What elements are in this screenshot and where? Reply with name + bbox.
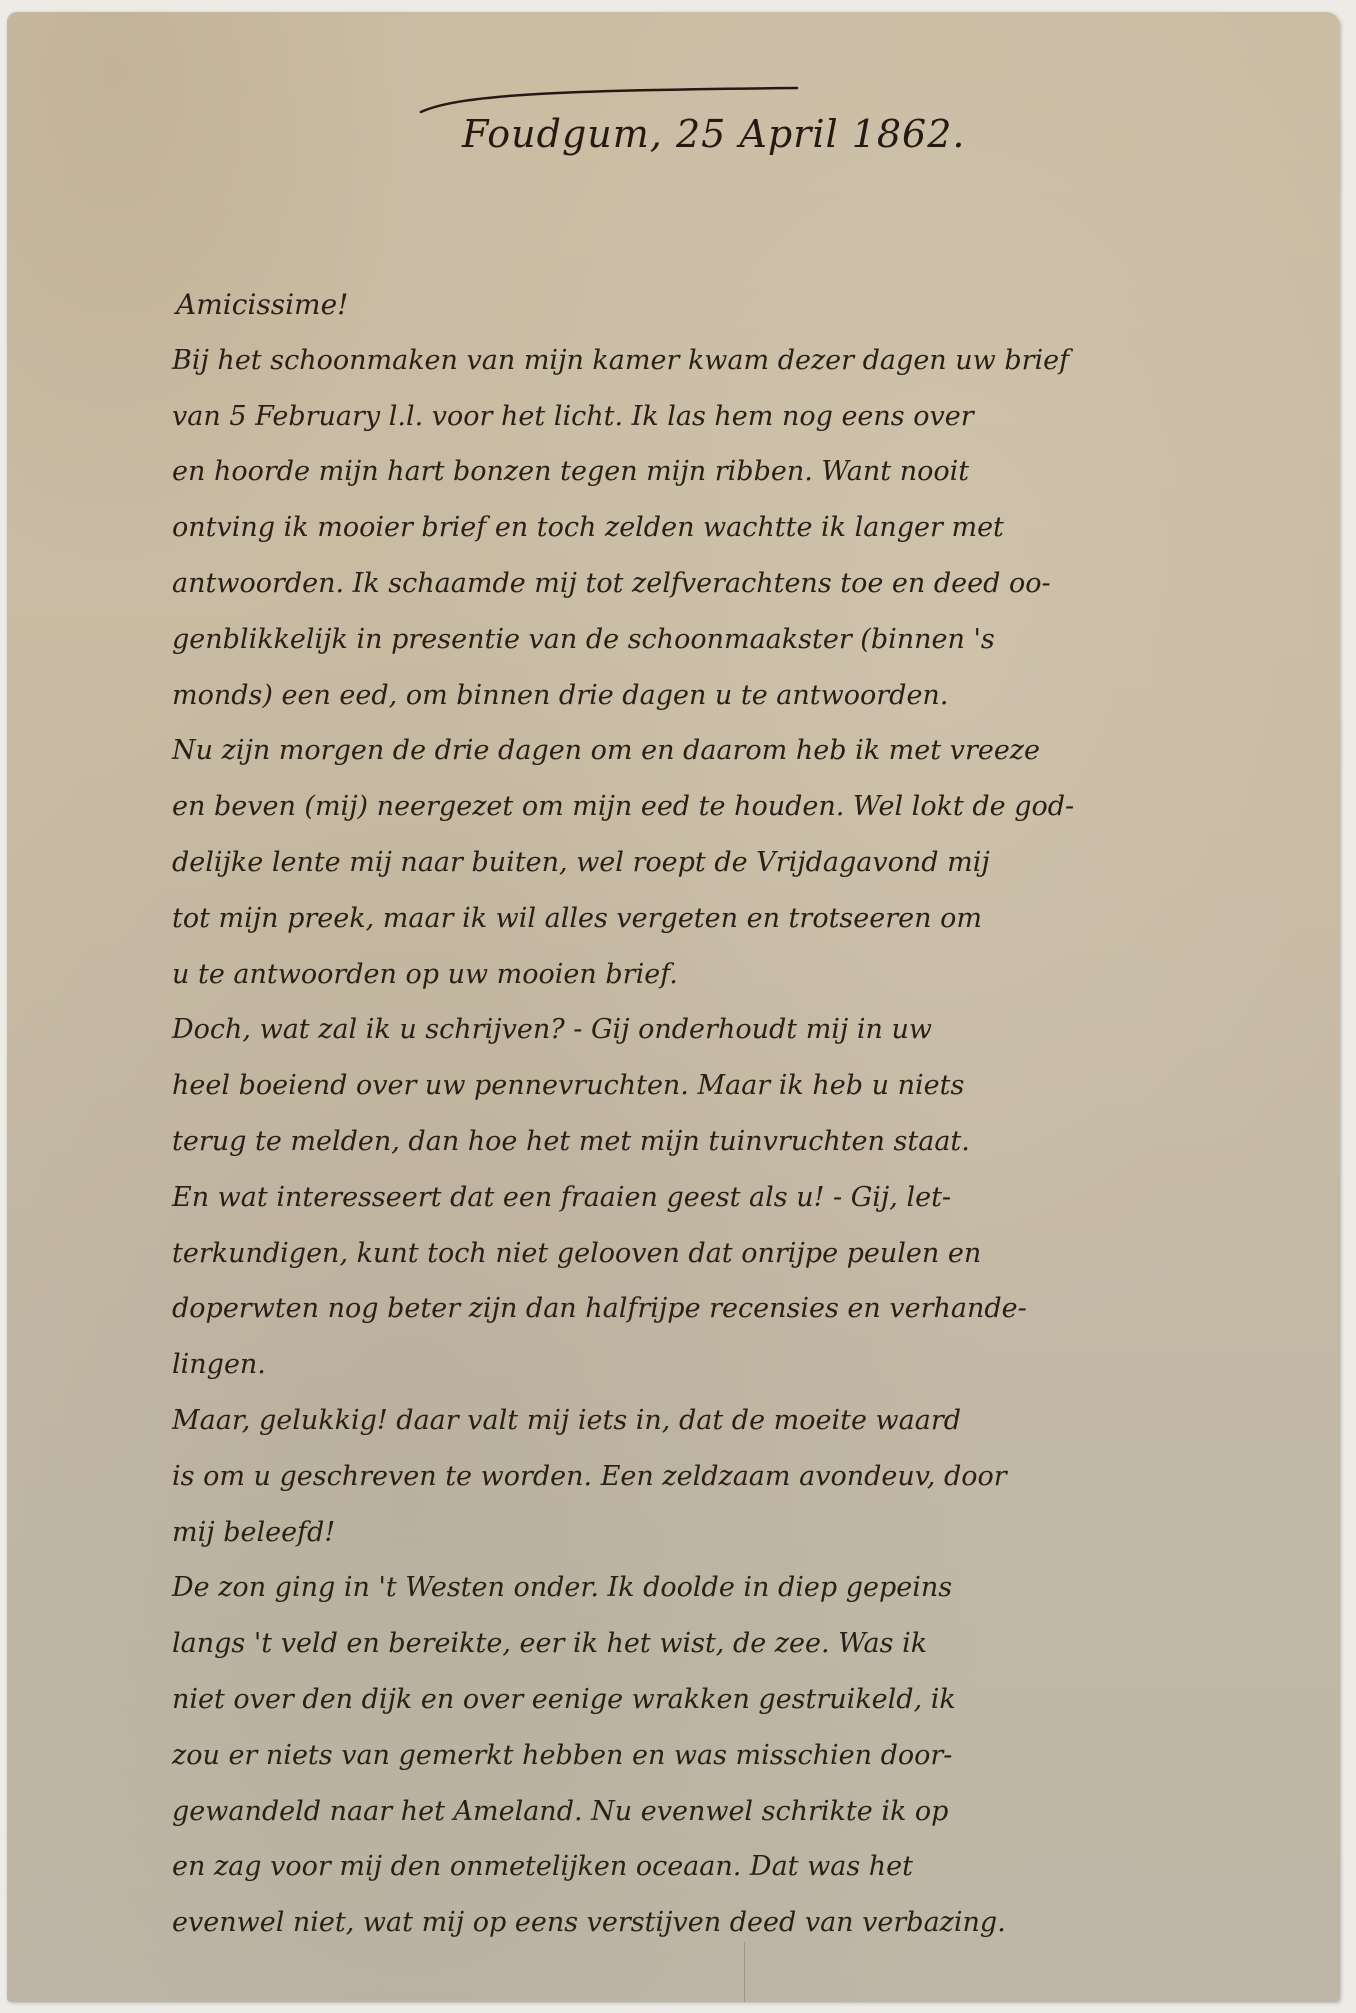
- text-line: De zon ging in 't Westen onder. Ik doold…: [172, 1560, 1347, 1616]
- text-line: langs 't veld en bereikte, eer ik het wi…: [172, 1616, 1347, 1672]
- text-line: antwoorden. Ik schaamde mij tot zelfvera…: [172, 556, 1347, 612]
- place-and-date: Foudgum, 25 April 1862.: [462, 112, 966, 156]
- text-line: niet over den dijk en over eenige wrakke…: [172, 1672, 1347, 1728]
- text-line: monds) een eed, om binnen drie dagen u t…: [172, 668, 1347, 724]
- letter-body: Amicissime! Bij het schoonmaken van mijn…: [172, 277, 1347, 1951]
- text-line: heel boeiend over uw pennevruchten. Maar…: [172, 1058, 1347, 1114]
- text-line: terug te melden, dan hoe het met mijn tu…: [172, 1114, 1347, 1170]
- text-line: Bij het schoonmaken van mijn kamer kwam …: [172, 333, 1347, 389]
- paper-crease: [744, 1942, 745, 2002]
- text-line: Nu zijn morgen de drie dagen om en daaro…: [172, 723, 1347, 779]
- text-line: lingen.: [172, 1337, 1347, 1393]
- salutation: Amicissime!: [176, 277, 1347, 333]
- text-line: en beven (mij) neergezet om mijn eed te …: [172, 779, 1347, 835]
- text-line: Maar, gelukkig! daar valt mij iets in, d…: [172, 1393, 1347, 1449]
- text-line: doperwten nog beter zijn dan halfrijpe r…: [172, 1281, 1347, 1337]
- text-line: genblikkelijk in presentie van de schoon…: [172, 612, 1347, 668]
- letter-header: Foudgum, 25 April 1862.: [7, 72, 1340, 162]
- text-line: mij beleefd!: [172, 1505, 1347, 1561]
- text-line: u te antwoorden op uw mooien brief.: [172, 947, 1347, 1003]
- text-line: is om u geschreven te worden. Een zeldza…: [172, 1449, 1347, 1505]
- text-line: gewandeld naar het Ameland. Nu evenwel s…: [172, 1784, 1347, 1840]
- letter-sheet: Foudgum, 25 April 1862. Amicissime! Bij …: [7, 12, 1340, 2002]
- text-line: En wat interesseert dat een fraaien gees…: [172, 1170, 1347, 1226]
- text-line: tot mijn preek, maar ik wil alles verget…: [172, 891, 1347, 947]
- text-line: terkundigen, kunt toch niet gelooven dat…: [172, 1226, 1347, 1282]
- text-line: en hoorde mijn hart bonzen tegen mijn ri…: [172, 444, 1347, 500]
- text-line: en zag voor mij den onmetelijken oceaan.…: [172, 1839, 1347, 1895]
- text-line: evenwel niet, wat mij op eens verstijven…: [172, 1895, 1347, 1951]
- text-line: van 5 February l.l. voor het licht. Ik l…: [172, 389, 1347, 445]
- text-line: Doch, wat zal ik u schrijven? - Gij onde…: [172, 1002, 1347, 1058]
- text-line: ontving ik mooier brief en toch zelden w…: [172, 500, 1347, 556]
- text-line: zou er niets van gemerkt hebben en was m…: [172, 1728, 1347, 1784]
- text-line: delijke lente mij naar buiten, wel roept…: [172, 835, 1347, 891]
